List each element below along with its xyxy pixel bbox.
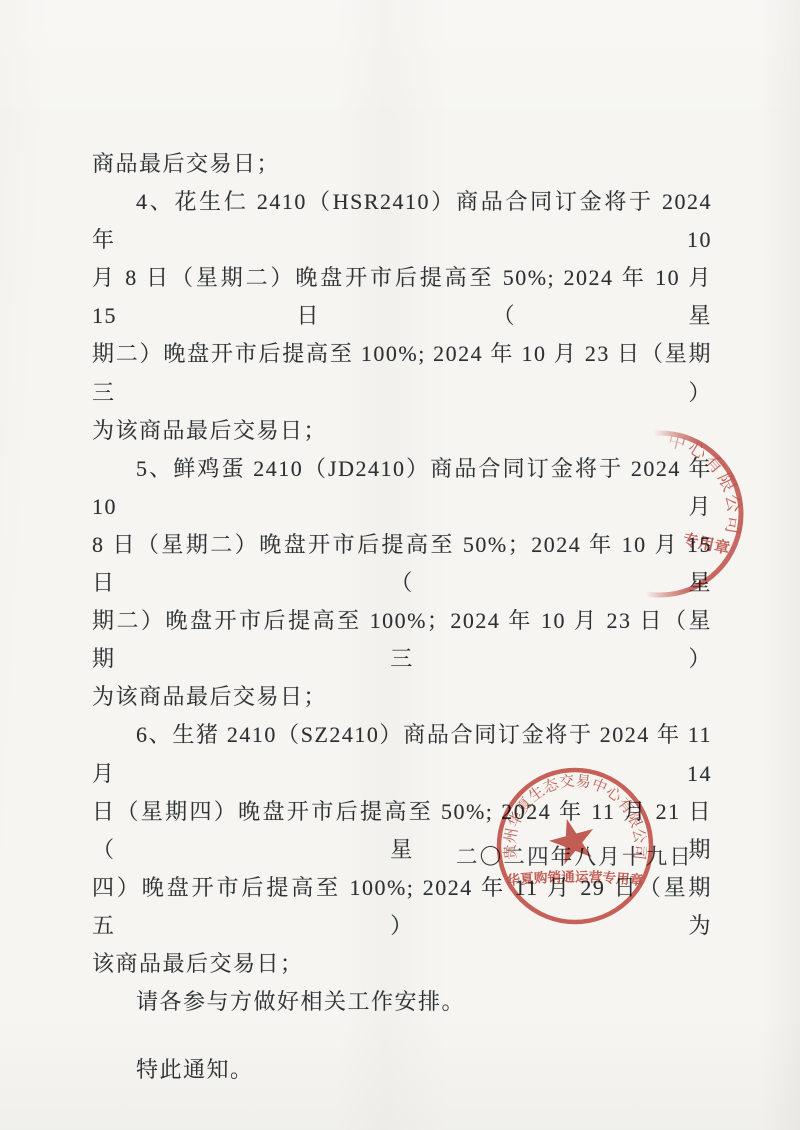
body-line-2: 月 8 日（星期二）晚盘开市后提高至 50%; 2024 年 10 月 15 日…: [92, 259, 712, 335]
body-line-14: 特此通知。: [92, 1051, 712, 1089]
body-line-1: 4、花生仁 2410（HSR2410）商品合同订金将于 2024 年 10: [92, 183, 712, 259]
body-line-3: 期二）晚盘开市后提高至 100%; 2024 年 10 月 23 日（星期三）: [92, 335, 712, 411]
body-line-8: 为该商品最后交易日；: [92, 678, 712, 716]
blank-line: [92, 1021, 712, 1051]
company-seal-right-partial: 中心有限公司 专用章: [560, 414, 760, 614]
company-seal-bottom: 贵州华夏生态交易中心有限公司 华夏购销通运营专用章: [475, 746, 675, 946]
scanned-notice-page: 商品最后交易日； 4、花生仁 2410（HSR2410）商品合同订金将于 202…: [0, 0, 800, 1130]
body-line-13: 请各参与方做好相关工作安排。: [92, 983, 712, 1021]
seal-banner-text: 华夏购销通运营专用章: [506, 868, 645, 888]
notice-body: 商品最后交易日； 4、花生仁 2410（HSR2410）商品合同订金将于 202…: [92, 145, 712, 1089]
seal-ring-text-fragment: 中心有限公司: [666, 430, 745, 538]
body-line-12: 该商品最后交易日；: [92, 945, 712, 983]
body-line-0: 商品最后交易日；: [92, 145, 712, 183]
red-star-icon: [545, 813, 600, 867]
